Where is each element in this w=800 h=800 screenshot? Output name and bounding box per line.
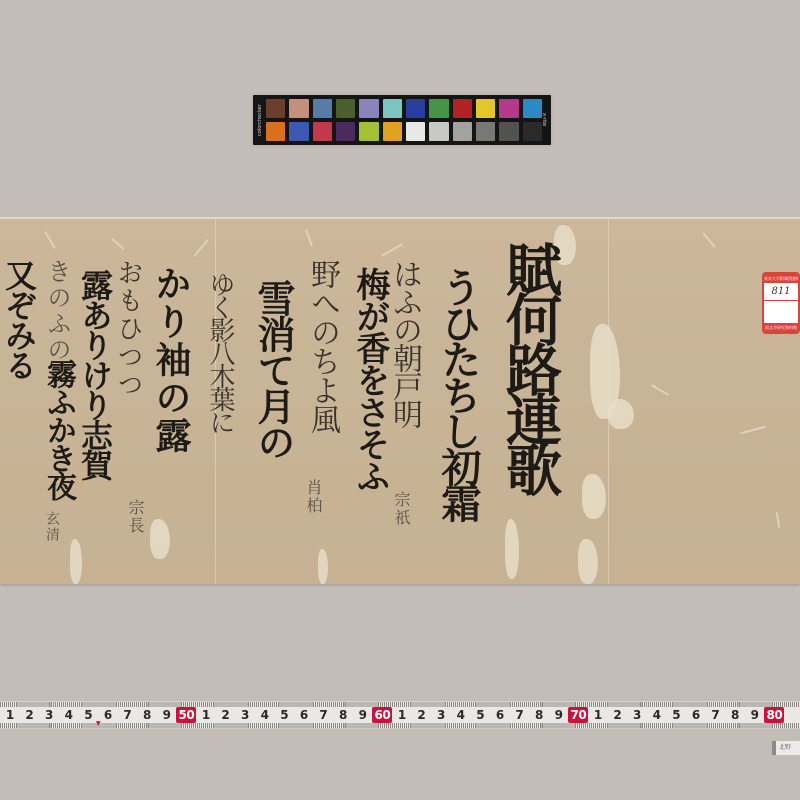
- ruler-mark: 2: [415, 707, 429, 723]
- ruler-mark: 4: [62, 707, 76, 723]
- x-rite-logo: x-rite: [539, 99, 549, 141]
- color-patch: [429, 122, 448, 141]
- renga-scroll-document: 賦何路連歌 うひたちし初霜 はふの朝戸明 宗祇 梅が香をさそふ 野へのちよ風 肖…: [0, 217, 800, 584]
- ruler-mark: 6: [689, 707, 703, 723]
- paper-fiber: [111, 238, 125, 250]
- label-number: 811: [764, 283, 798, 301]
- paper-damage: [505, 519, 519, 579]
- verse-column: 梅が香をさそふ: [346, 267, 395, 491]
- paper-fiber: [702, 232, 715, 247]
- ruler-mark: 8: [140, 707, 154, 723]
- ruler-major-mark: 70: [568, 707, 588, 723]
- library-catalog-label: 東京大学附属図書館 811 国文学研究資料館: [762, 272, 800, 334]
- ruler-mark: 6: [297, 707, 311, 723]
- color-patch: [383, 99, 402, 118]
- paper-damage: [582, 474, 606, 519]
- paper-fiber: [740, 426, 766, 435]
- ruler-mark: 8: [532, 707, 546, 723]
- poet-name: 肖柏: [302, 479, 325, 515]
- color-patch: [476, 122, 495, 141]
- ruler-mark: 1: [199, 707, 213, 723]
- ruler-mark: 5: [669, 707, 683, 723]
- verse-column: 雪消て月の: [246, 279, 301, 459]
- color-patch: [266, 99, 285, 118]
- ruler-mark: 9: [748, 707, 762, 723]
- ruler-mark: 3: [630, 707, 644, 723]
- ruler-mark: 5: [81, 707, 95, 723]
- color-checker: colorchecker x-rite: [253, 95, 551, 145]
- document-title: 賦何路連歌: [490, 241, 570, 491]
- color-patch: [476, 99, 495, 118]
- verse-column: かり袖の露: [146, 265, 197, 455]
- poet-name: 宗長: [124, 499, 147, 535]
- paper-damage: [150, 519, 170, 559]
- paper-damage: [608, 399, 634, 429]
- paper-fiber: [193, 239, 209, 257]
- ruler-mark: 3: [434, 707, 448, 723]
- ruler-mark: 3: [42, 707, 56, 723]
- ruler-mark: 1: [591, 707, 605, 723]
- corner-tag: 北野: [772, 741, 800, 755]
- ruler-mark: 2: [23, 707, 37, 723]
- ruler-mark: 5: [277, 707, 291, 723]
- color-patch: [336, 122, 355, 141]
- ruler-mark: 1: [395, 707, 409, 723]
- verse-column: ゆく影八木葉に: [202, 271, 239, 432]
- ruler-mark: 9: [356, 707, 370, 723]
- ruler-mark: 1: [3, 707, 17, 723]
- color-checker-patches: [266, 99, 542, 141]
- color-patch: [336, 99, 355, 118]
- ruler-major-mark: 50: [176, 707, 196, 723]
- verse-column: 又ぞみる: [0, 259, 42, 379]
- verse-column: 野へのちよ風: [300, 259, 344, 433]
- color-patch: [406, 122, 425, 141]
- ruler-mark: 5: [473, 707, 487, 723]
- paper-damage: [70, 539, 82, 584]
- color-patch: [499, 99, 518, 118]
- ruler-mark: 9: [552, 707, 566, 723]
- ruler-ticks: [0, 723, 800, 728]
- ruler-pointer-icon: ▼: [96, 721, 101, 727]
- color-patch: [359, 122, 378, 141]
- color-checker-brand: colorchecker: [255, 99, 265, 141]
- ruler-mark: 8: [728, 707, 742, 723]
- paper-fiber: [44, 231, 56, 249]
- color-patch: [289, 99, 308, 118]
- ruler-mark: 7: [317, 707, 331, 723]
- poet-name: 宗祇: [390, 491, 413, 527]
- label-header: 東京大学附属図書館: [764, 274, 798, 283]
- ruler-mark: 8: [336, 707, 350, 723]
- ruler-mark: 4: [258, 707, 272, 723]
- color-patch: [499, 122, 518, 141]
- verse-column: きのふの: [40, 259, 75, 363]
- color-patch: [429, 99, 448, 118]
- paper-fiber: [381, 243, 403, 257]
- verse-column: 霧ふかき夜: [36, 359, 80, 499]
- paper-fiber: [305, 229, 313, 247]
- ruler-mark: 7: [121, 707, 135, 723]
- color-patch: [266, 122, 285, 141]
- label-footer: 国文学研究資料館: [764, 323, 798, 332]
- ruler-major-mark: 80: [764, 707, 784, 723]
- color-patch: [289, 122, 308, 141]
- color-patch: [406, 99, 425, 118]
- ruler-mark: 3: [238, 707, 252, 723]
- color-patch: [453, 99, 472, 118]
- ruler-mark: 7: [709, 707, 723, 723]
- paper-fiber: [776, 512, 781, 528]
- color-patch: [453, 122, 472, 141]
- ruler-mark: 2: [219, 707, 233, 723]
- poet-name: 玄清: [42, 511, 62, 543]
- color-patch: [383, 122, 402, 141]
- ruler-major-mark: 60: [372, 707, 392, 723]
- ruler-mark: 4: [650, 707, 664, 723]
- color-patch: [359, 99, 378, 118]
- ruler-mark: 7: [513, 707, 527, 723]
- color-patch: [313, 122, 332, 141]
- paper-damage: [578, 539, 598, 584]
- measuring-ruler: 1234567895012345678960123456789701234567…: [0, 701, 800, 729]
- ruler-mark: 6: [101, 707, 115, 723]
- color-patch: [313, 99, 332, 118]
- verse-column: うひたちし初霜: [430, 267, 487, 519]
- ruler-mark: 6: [493, 707, 507, 723]
- paper-damage: [318, 549, 328, 584]
- paper-fiber: [651, 384, 669, 396]
- ruler-mark: 2: [611, 707, 625, 723]
- ruler-mark: 9: [160, 707, 174, 723]
- ruler-mark: 4: [454, 707, 468, 723]
